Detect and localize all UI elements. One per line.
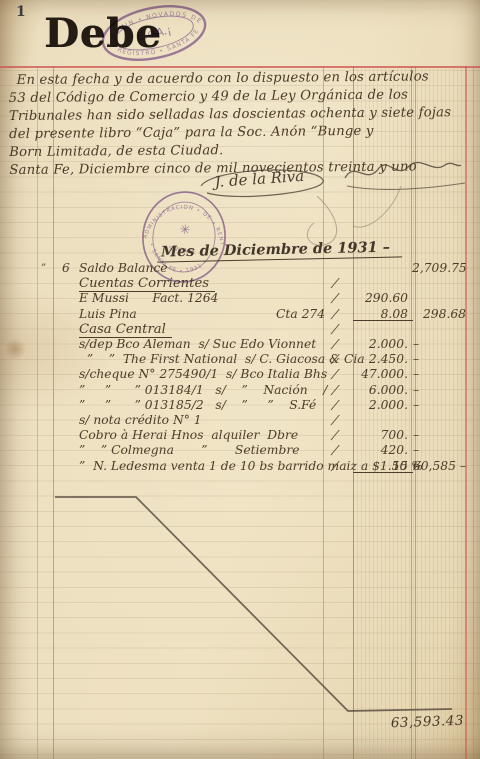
- row-amount-partial: 2.450.: [353, 352, 408, 366]
- ledger-row: Cobro à Herai Hnos alquiler Dbre/700.–: [0, 428, 480, 443]
- row-amount-partial: 15: [353, 459, 408, 473]
- row-amount-partial: 290.60: [353, 291, 408, 305]
- ledger-row: ” ” Colmegna ” Setiembre/420.–: [0, 443, 480, 458]
- row-cents-dash: –: [413, 383, 419, 397]
- row-check-mark: /: [331, 322, 340, 336]
- round-stamp-center-emblem: ✳: [178, 222, 191, 238]
- ledger-row: ” ” The First National s/ C. Giacosa & C…: [0, 352, 480, 367]
- row-amount-total: 60,585 –: [412, 459, 466, 473]
- ledger-row: ” N. Ledesma venta 1 de 10 bs barrido ma…: [0, 459, 480, 474]
- row-amount-partial: 700.: [353, 428, 408, 442]
- row-cents-dash: –: [413, 352, 419, 366]
- row-description: Luis Pina: [79, 307, 137, 321]
- ledger-row: s/dep Bco Aleman s/ Suc Edo Vionnet/2.00…: [0, 337, 480, 352]
- row-description: E Mussi Fact. 1264: [79, 291, 218, 305]
- row-amount-partial: 8.08: [353, 307, 408, 321]
- row-description: ” ” ” 013185/2 s/ ” ” S.Fé: [79, 398, 316, 412]
- row-check-mark: /: [331, 337, 340, 351]
- row-ditto-mark: ”: [41, 263, 46, 274]
- row-description: s/cheque N° 275490/1 s/ Bco Italia Bhs: [79, 367, 327, 381]
- row-check-mark: /: [331, 398, 340, 412]
- row-amount-total: 298.68: [412, 307, 466, 321]
- row-cents-dash: –: [413, 367, 419, 381]
- oval-stamp-center: E.⊕A.¡: [136, 24, 173, 44]
- row-cents-dash: –: [413, 398, 419, 412]
- row-check-mark: /: [331, 291, 340, 305]
- row-check-mark: /: [331, 413, 340, 427]
- row-amount-partial: 2.000.: [353, 398, 408, 412]
- row-description: s/dep Bco Aleman s/ Suc Edo Vionnet: [79, 337, 316, 351]
- ledger-row: s/cheque N° 275490/1 s/ Bco Italia Bhs/4…: [0, 367, 480, 382]
- svg-text:ADMINISTRACION ∙ DE ∙ RENTAS: ADMINISTRACION ∙ DE ∙ RENTAS: [131, 183, 232, 250]
- row-amount-partial: 420.: [353, 443, 408, 457]
- row-cents-dash: –: [413, 443, 419, 457]
- row-description: s/ nota crédito N° 1: [79, 413, 202, 427]
- row-cents-dash: –: [413, 428, 419, 442]
- ledger-row: ”6Saldo Balance2,709.75: [0, 261, 480, 276]
- row-check-mark: /: [331, 367, 340, 381]
- row-description: ” ” Colmegna ” Setiembre: [79, 443, 299, 457]
- row-check-mark: /: [331, 276, 340, 290]
- row-description: Saldo Balance: [79, 261, 168, 275]
- sealing-certification-paragraph: En esta fecha y de acuerdo con lo dispue…: [9, 68, 478, 181]
- ledger-row: ” ” ” 013185/2 s/ ” ” S.Fé/2.000.–: [0, 398, 480, 413]
- ledger-row: ” ” ” 013184/1 s/ ” Nación //6.000.–: [0, 383, 480, 398]
- row-account-ref: Cta 274: [276, 307, 325, 321]
- ledger-row: E Mussi Fact. 1264/290.60: [0, 291, 480, 306]
- row-description: Cuentas Corrientes: [79, 276, 215, 292]
- round-stamp-ring-top: ADMINISTRACION ∙ DE ∙ RENTAS: [131, 183, 232, 250]
- row-check-mark: /: [331, 307, 340, 321]
- row-description: ” ” The First National s/ C. Giacosa & C…: [79, 352, 365, 366]
- row-cents-dash: –: [413, 337, 419, 351]
- row-description: Cobro à Herai Hnos alquiler Dbre: [79, 428, 298, 442]
- row-description: Casa Central: [79, 322, 172, 338]
- row-amount-partial: 47.000.: [353, 367, 408, 381]
- page-number: 1: [16, 4, 26, 20]
- ledger-page: 1 Debe ∙ ADMIN ∙ NOVADOS DE ∙ ∙ REGISTRO…: [0, 0, 480, 759]
- row-check-mark: /: [331, 443, 340, 457]
- row-check-mark: /: [331, 428, 340, 442]
- row-description: ” ” ” 013184/1 s/ ” Nación /: [79, 383, 327, 397]
- ledger-row: s/ nota crédito N° 1/: [0, 413, 480, 428]
- ledger-row: Luis PinaCta 274/8.08298.68: [0, 307, 480, 322]
- ledger-row: Cuentas Corrientes/: [0, 276, 480, 291]
- sum-rule: [353, 472, 413, 473]
- ledger-row: Casa Central/: [0, 322, 480, 337]
- row-amount-partial: 6.000.: [353, 383, 408, 397]
- row-amount-partial: 2.000.: [353, 337, 408, 351]
- row-check-mark: /: [331, 383, 340, 397]
- grand-total: 63,593.43: [390, 713, 465, 732]
- row-day: 6: [62, 261, 70, 275]
- row-amount-total: 2,709.75: [412, 261, 466, 275]
